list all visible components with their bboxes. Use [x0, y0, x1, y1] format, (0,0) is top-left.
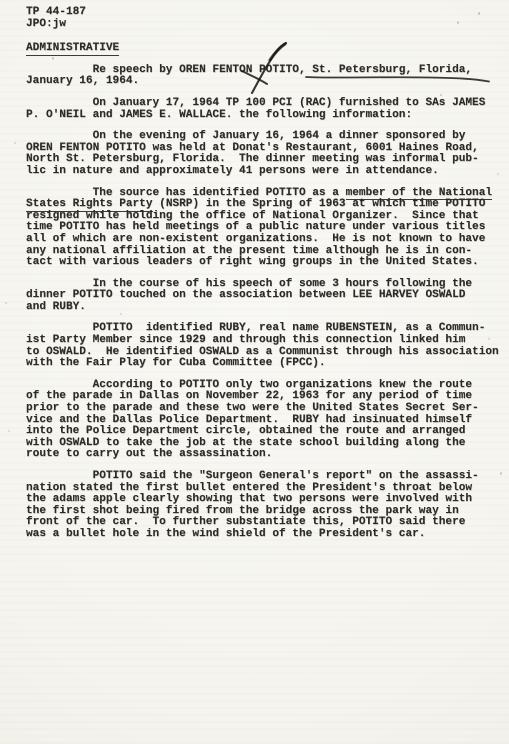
document-line: January 16, 1964. — [26, 76, 505, 88]
document-line: tact with various leaders of right wing … — [26, 257, 505, 269]
document-line: dinner POTITO touched on the association… — [26, 290, 505, 302]
paragraph: POTITO said the "Surgeon General's repor… — [26, 471, 505, 541]
text-segment: vice and the Dallas Police Department. R… — [26, 414, 472, 426]
paragraph: On the evening of January 16, 1964 a din… — [26, 131, 505, 177]
text-segment: with OSWALD to take the job at the state… — [26, 437, 465, 449]
scan-speck — [478, 12, 480, 15]
text-segment: (NSRP) in the Spring of 1963 at which ti… — [153, 198, 486, 210]
document-line: P. O'NEIL and JAMES E. WALLACE. the foll… — [26, 110, 505, 122]
text-segment: of the parade in Dallas on November 22, … — [26, 390, 472, 402]
document-line: was a bullet hole in the wind shield of … — [26, 529, 505, 541]
scan-speck — [14, 142, 16, 144]
text-segment: The source has identified POTITO as a — [26, 187, 346, 199]
text-segment: POTITO said the "Surgeon General's repor… — [26, 470, 479, 482]
text-segment: time POTITO has held meetings of a publi… — [26, 221, 485, 233]
document-line: with the Fair Play for Cuba Committee (F… — [26, 358, 505, 370]
text-segment: with the Fair Play for Cuba Committee (F… — [26, 357, 326, 369]
scan-speck — [500, 472, 502, 475]
text-segment: January 16, 1964. — [26, 75, 139, 87]
document-text: TP 44-187 JPO:jw ADMINISTRATIVE Re speec… — [26, 7, 505, 541]
text-segment: the adams apple clearly showing that two… — [26, 493, 472, 505]
text-segment: On the evening of January 16, 1964 a din… — [26, 130, 465, 142]
scan-speck — [440, 94, 442, 96]
text-segment: ist Party Member since 1929 and through … — [26, 334, 465, 346]
text-segment: tact with various leaders of right wing … — [26, 256, 479, 268]
text-segment: any national affiliation at the present … — [26, 245, 472, 257]
text-segment: the first shot being fired from the brid… — [26, 505, 459, 517]
paragraph: According to POTITO only two organizatio… — [26, 380, 505, 461]
text-segment: was a bullet hole in the wind shield of … — [26, 528, 425, 540]
text-segment: to OSWALD. He identified OSWALD as a Com… — [26, 346, 499, 358]
section-heading: ADMINISTRATIVE — [26, 42, 119, 56]
document-body: Re speech by OREN FENTON POTITO, St. Pet… — [26, 65, 505, 541]
text-segment: all of which are non-existent organizati… — [26, 233, 485, 245]
scan-speck — [120, 313, 122, 315]
paragraph: POTITO identified RUBY, real name RUBENS… — [26, 323, 505, 369]
text-segment: Re speech by OREN FENTON POTITO, St. Pet… — [26, 64, 472, 76]
scan-speck — [8, 430, 10, 432]
text-segment: route to carry out the assassination. — [26, 448, 272, 460]
text-segment: In the course of his speech of some 3 ho… — [26, 278, 472, 290]
scan-speck — [5, 302, 7, 304]
text-segment: into the Police Department circle, obtai… — [26, 425, 465, 437]
document-line: lic in nature and approximately 41 perso… — [26, 166, 505, 178]
document-line: route to carry out the assassination. — [26, 449, 505, 461]
text-segment: North St. Petersburg, Florida. The dinne… — [26, 153, 479, 165]
text-segment: lic in nature and approximately 41 perso… — [26, 165, 439, 177]
scan-speck — [488, 338, 490, 340]
scan-speck — [457, 21, 459, 24]
paragraph: In the course of his speech of some 3 ho… — [26, 279, 505, 314]
text-segment: and RUBY. — [26, 301, 86, 313]
document-line: and RUBY. — [26, 302, 505, 314]
scan-speck — [465, 247, 467, 249]
text-segment: prior to the parade and these two were t… — [26, 402, 479, 414]
text-segment: OREN FENTON POTITO was held at Donat's R… — [26, 142, 479, 154]
text-segment: P. O'NEIL and JAMES E. WALLACE. the foll… — [26, 109, 412, 121]
text-segment: dinner POTITO touched on the association… — [26, 289, 465, 301]
scan-speck — [52, 57, 54, 60]
text-segment: nation stated the first bullet entered t… — [26, 482, 472, 494]
section-heading-line: ADMINISTRATIVE — [26, 43, 505, 55]
typist-initials: JPO:jw — [26, 19, 505, 31]
text-segment: On January 17, 1964 TP 100 PCI (RAC) fur… — [26, 97, 485, 109]
text-segment: POTITO identified RUBY, real name RUBENS… — [26, 322, 485, 334]
document-page: TP 44-187 JPO:jw ADMINISTRATIVE Re speec… — [0, 0, 509, 744]
text-segment: front of the car. To further substantiat… — [26, 516, 465, 528]
text-segment: resigned while holding the office of Nat… — [26, 210, 479, 222]
paragraph: On January 17, 1964 TP 100 PCI (RAC) fur… — [26, 98, 505, 121]
scan-speck — [497, 173, 499, 175]
file-number: TP 44-187 — [26, 7, 505, 19]
paragraph: The source has identified POTITO as a me… — [26, 188, 505, 269]
paragraph: Re speech by OREN FENTON POTITO, St. Pet… — [26, 65, 505, 88]
